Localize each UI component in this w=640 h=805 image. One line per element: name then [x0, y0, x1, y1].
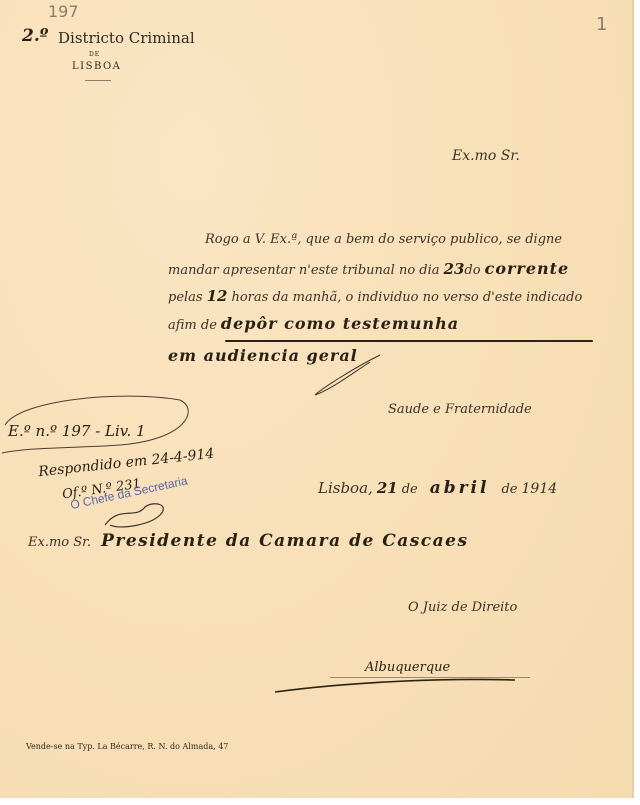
signature-flourish-icon [270, 670, 520, 698]
initials-scribble-icon [100, 495, 180, 535]
letterhead-city: LISBOA [72, 61, 121, 72]
signatory-title: O Juiz de Direito [408, 600, 517, 615]
addressee-prefix: Ex.mo Sr. [28, 535, 91, 550]
body-line-2: mandar apresentar n'este tribunal no dia… [168, 259, 569, 279]
purpose-text: depôr como testemunha [221, 314, 459, 333]
page-number: 1 [596, 14, 607, 35]
addressee-line: Ex.mo Sr. Presidente da Camara de Cascae… [28, 531, 469, 551]
addressee-name: Presidente da Camara de Cascaes [101, 531, 468, 551]
date-month: abril [430, 478, 490, 498]
flourish-icon [310, 350, 390, 400]
body-line-3-printed2: horas da manhã, o individuo no verso d'e… [231, 290, 582, 305]
body-line-4-printed: afim de [168, 318, 217, 333]
letterhead-de: DE [89, 51, 100, 58]
letterhead-divider [85, 80, 111, 81]
hearing-hour: 12 [207, 287, 228, 305]
salutation: Ex.mo Sr. [452, 148, 520, 164]
district-title: Districto Criminal [58, 29, 195, 47]
body-line-2-printed2: do [464, 263, 480, 278]
date-line: Lisboa, 21 de abril de 1914 [318, 478, 557, 498]
date-de2: de [501, 482, 517, 497]
printer-footer: Vende-se na Typ. La Bécarre, R. N. do Al… [26, 742, 228, 751]
body-line-2-printed: mandar apresentar n'este tribunal no dia [168, 263, 440, 278]
district-number: 2.º [22, 26, 48, 46]
circled-note: E.º n.º 197 - Liv. 1 [8, 422, 146, 440]
hearing-day: 23 [444, 260, 465, 278]
archive-number: 197 [48, 2, 79, 21]
body-line-4: afim de depôr como testemunha [168, 314, 459, 334]
hearing-month: corrente [485, 259, 570, 278]
closing: Saude e Fraternidade [388, 402, 532, 417]
date-de1: de [402, 482, 418, 497]
date-year: 1914 [522, 481, 558, 497]
body-line-1: Rogo a V. Ex.ª, que a bem do serviço pub… [205, 232, 562, 247]
date-city: Lisboa, [318, 479, 373, 497]
body-line-3-printed: pelas [168, 290, 203, 305]
body-line-3: pelas 12 horas da manhã, o individuo no … [168, 287, 582, 306]
purpose-underline [225, 340, 593, 342]
document-page: 197 1 2.º Districto Criminal DE LISBOA E… [0, 0, 634, 798]
date-day: 21 [377, 479, 398, 497]
